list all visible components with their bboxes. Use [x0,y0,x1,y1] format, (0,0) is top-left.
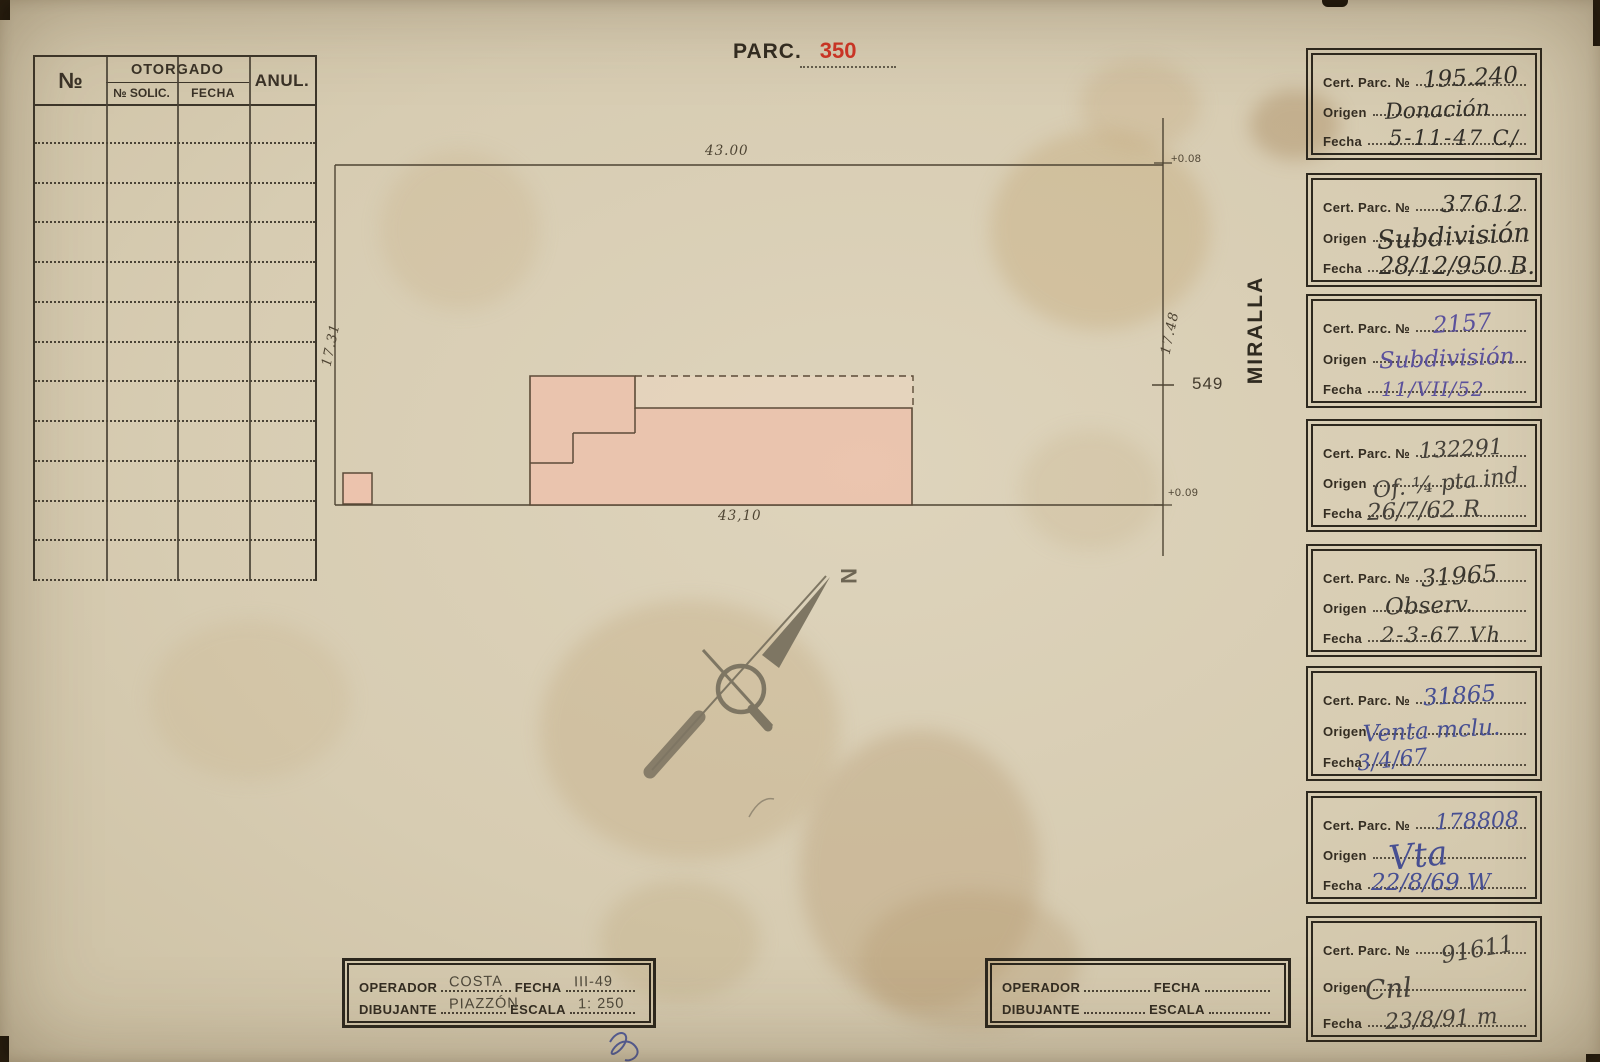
level-bottom: +0.09 [1168,487,1198,499]
dimension-left: 17.31 [319,322,344,368]
cert-no-value: 178808 [1435,810,1520,835]
cert-no-label: Cert. Parc. № [1323,943,1410,958]
cert-origen-label: Origen [1323,476,1367,491]
pencil-mark [749,799,774,817]
column-header-anul: ANUL. [249,57,315,104]
cert-no-value: 31865 [1422,682,1497,710]
cert-no-value: 37612 [1441,194,1524,217]
building-eave-area [635,376,913,408]
table-row [35,223,315,263]
table-row [35,382,315,422]
cert-no-value: 31965 [1420,561,1498,590]
cert-no-label: Cert. Parc. № [1323,200,1410,215]
building-eave-dashed-outline [635,376,913,408]
table-column-line [106,57,108,581]
cert-box-5: Cert. Parc. № 31965 Origen Observ. Fecha… [1306,544,1542,657]
cert-fecha-label: Fecha [1323,631,1362,646]
cert-fecha-label: Fecha [1323,134,1362,149]
fecha-label: FECHA [1154,980,1201,995]
cert-fecha-value: 11/VII/52 [1381,379,1485,399]
north-label: N [836,568,861,584]
lot-boundary-lines [335,118,1174,556]
title-dotted-line [800,66,896,68]
cert-origen-value: Cnl [1364,974,1412,1004]
operador-value: COSTA [449,974,503,991]
table-row [35,144,315,184]
column-header-fecha: FECHA [177,83,249,103]
operator-stamp-right: OPERADOR FECHA DIBUJANTE ESCALA [985,958,1291,1028]
cert-fecha-value: 28/12/950 B. [1379,254,1535,278]
cert-fecha-value: 26/7/62 R [1367,498,1481,525]
cert-origen-label: Origen [1323,980,1367,995]
scan-edge-mark [0,1036,9,1062]
escala-label: ESCALA [1149,1002,1205,1017]
cert-box-1: Cert. Parc. № 195.240 Origen Donación Fe… [1306,48,1542,160]
cert-no-label: Cert. Parc. № [1323,571,1410,586]
cert-origen-label: Origen [1323,231,1367,246]
column-header-no: № [35,57,106,104]
cert-origen-label: Origen [1323,601,1367,616]
dibujante-label: DIBUJANTE [359,1002,437,1017]
dimension-right: 17.48 [1158,310,1183,356]
scan-edge-mark [1593,0,1600,46]
building-interior-walls [530,408,635,463]
dibujante-value: PIAZZÓN [449,995,519,1012]
table-row [35,343,315,383]
grant-table-body [35,104,315,581]
table-row [35,104,315,144]
cert-no-value: 195.240 [1422,65,1518,93]
cert-fecha-label: Fecha [1323,506,1362,521]
small-outbuilding [343,473,372,504]
cert-origen-label: Origen [1323,848,1367,863]
operador-label: OPERADOR [359,980,437,995]
escala-value: 1: 250 [578,996,625,1013]
scan-edge-mark [1586,1054,1600,1062]
column-header-no-solic: № SOLIC. [106,83,177,103]
cert-fecha-label: Fecha [1323,382,1362,397]
cert-origen-label: Origen [1323,105,1367,120]
cert-no-value: 91611 [1440,933,1516,968]
dimension-bottom: 43,10 [718,508,762,524]
operador-label: OPERADOR [1002,980,1080,995]
grant-table-header: № OTORGADO № SOLIC. FECHA ANUL. [35,57,315,106]
paper-stain [150,620,350,780]
fecha-value: III-49 [573,974,612,991]
building-footprint [530,376,912,505]
cert-fecha-value: 23/8/91 m [1385,1006,1499,1034]
cert-fecha-value: 3/4/67 [1356,746,1429,775]
page-title: PARC. 350 [733,38,857,64]
cert-box-4: Cert. Parc. № 132291 Origen Of. ¼ pta in… [1306,419,1542,532]
table-row [35,303,315,343]
table-column-line [177,57,179,581]
paper-stain [1080,60,1200,150]
table-row [35,184,315,224]
operator-stamp-left: OPERADOR COSTA FECHA III-49 DIBUJANTE PI… [342,958,656,1028]
cert-fecha-value: 2-3-67 Vh [1381,625,1502,646]
cert-no-label: Cert. Parc. № [1323,818,1410,833]
table-row [35,462,315,502]
table-row [35,502,315,542]
cert-origen-value: Donación [1385,98,1491,124]
level-top: +0.08 [1171,153,1201,165]
cert-fecha-label: Fecha [1323,261,1362,276]
street-name: MIRALLA [1244,276,1268,384]
street-number: 549 [1192,374,1223,394]
table-row [35,422,315,462]
dibujante-label: DIBUJANTE [1002,1002,1080,1017]
paper-stain [380,150,540,310]
cert-origen-label: Origen [1323,724,1367,739]
cert-no-value: 2157 [1432,311,1492,338]
scan-edge-mark [0,0,10,20]
scan-edge-mark [1322,0,1348,7]
cert-box-3: Cert. Parc. № 2157 Origen Subdivisión Fe… [1306,294,1542,408]
cert-no-label: Cert. Parc. № [1323,75,1410,90]
scanned-parcel-document: { "colors": { "paper": "#d7ccb2", "ink":… [0,0,1600,1062]
cert-fecha-label: Fecha [1323,1016,1362,1031]
paper-stain [540,600,840,860]
grant-table: № OTORGADO № SOLIC. FECHA ANUL. [33,55,317,581]
paper-stain [1020,430,1160,550]
blue-ink-scribble [610,1033,638,1060]
cert-no-label: Cert. Parc. № [1323,693,1410,708]
cert-no-label: Cert. Parc. № [1323,321,1410,336]
cert-box-2: Cert. Parc. № 37612 Origen Subdivisión F… [1306,173,1542,287]
dimension-top: 43.00 [705,143,749,159]
cert-box-7: Cert. Parc. № 178808 Origen Vta Fecha 22… [1306,791,1542,904]
parcel-label: PARC. [733,40,802,64]
cert-no-label: Cert. Parc. № [1323,446,1410,461]
fecha-label: FECHA [515,980,562,995]
cert-no-value: 132291 [1418,437,1503,463]
compass-icon: N [650,568,861,772]
cert-origen-value: Observ. [1385,593,1473,619]
table-row [35,541,315,581]
cert-fecha-value: 22/8/69 W [1371,872,1491,895]
cert-box-8: Cert. Parc. № 91611 Origen Cnl Fecha 23/… [1306,916,1542,1042]
table-row [35,263,315,303]
cert-fecha-value: 5-11-47 C/ [1389,128,1520,149]
parcel-number: 350 [820,38,857,64]
table-column-line [249,57,251,581]
cert-box-6: Cert. Parc. № 31865 Origen Venta mclu. F… [1306,666,1542,781]
cert-fecha-label: Fecha [1323,878,1362,893]
cert-origen-label: Origen [1323,352,1367,367]
